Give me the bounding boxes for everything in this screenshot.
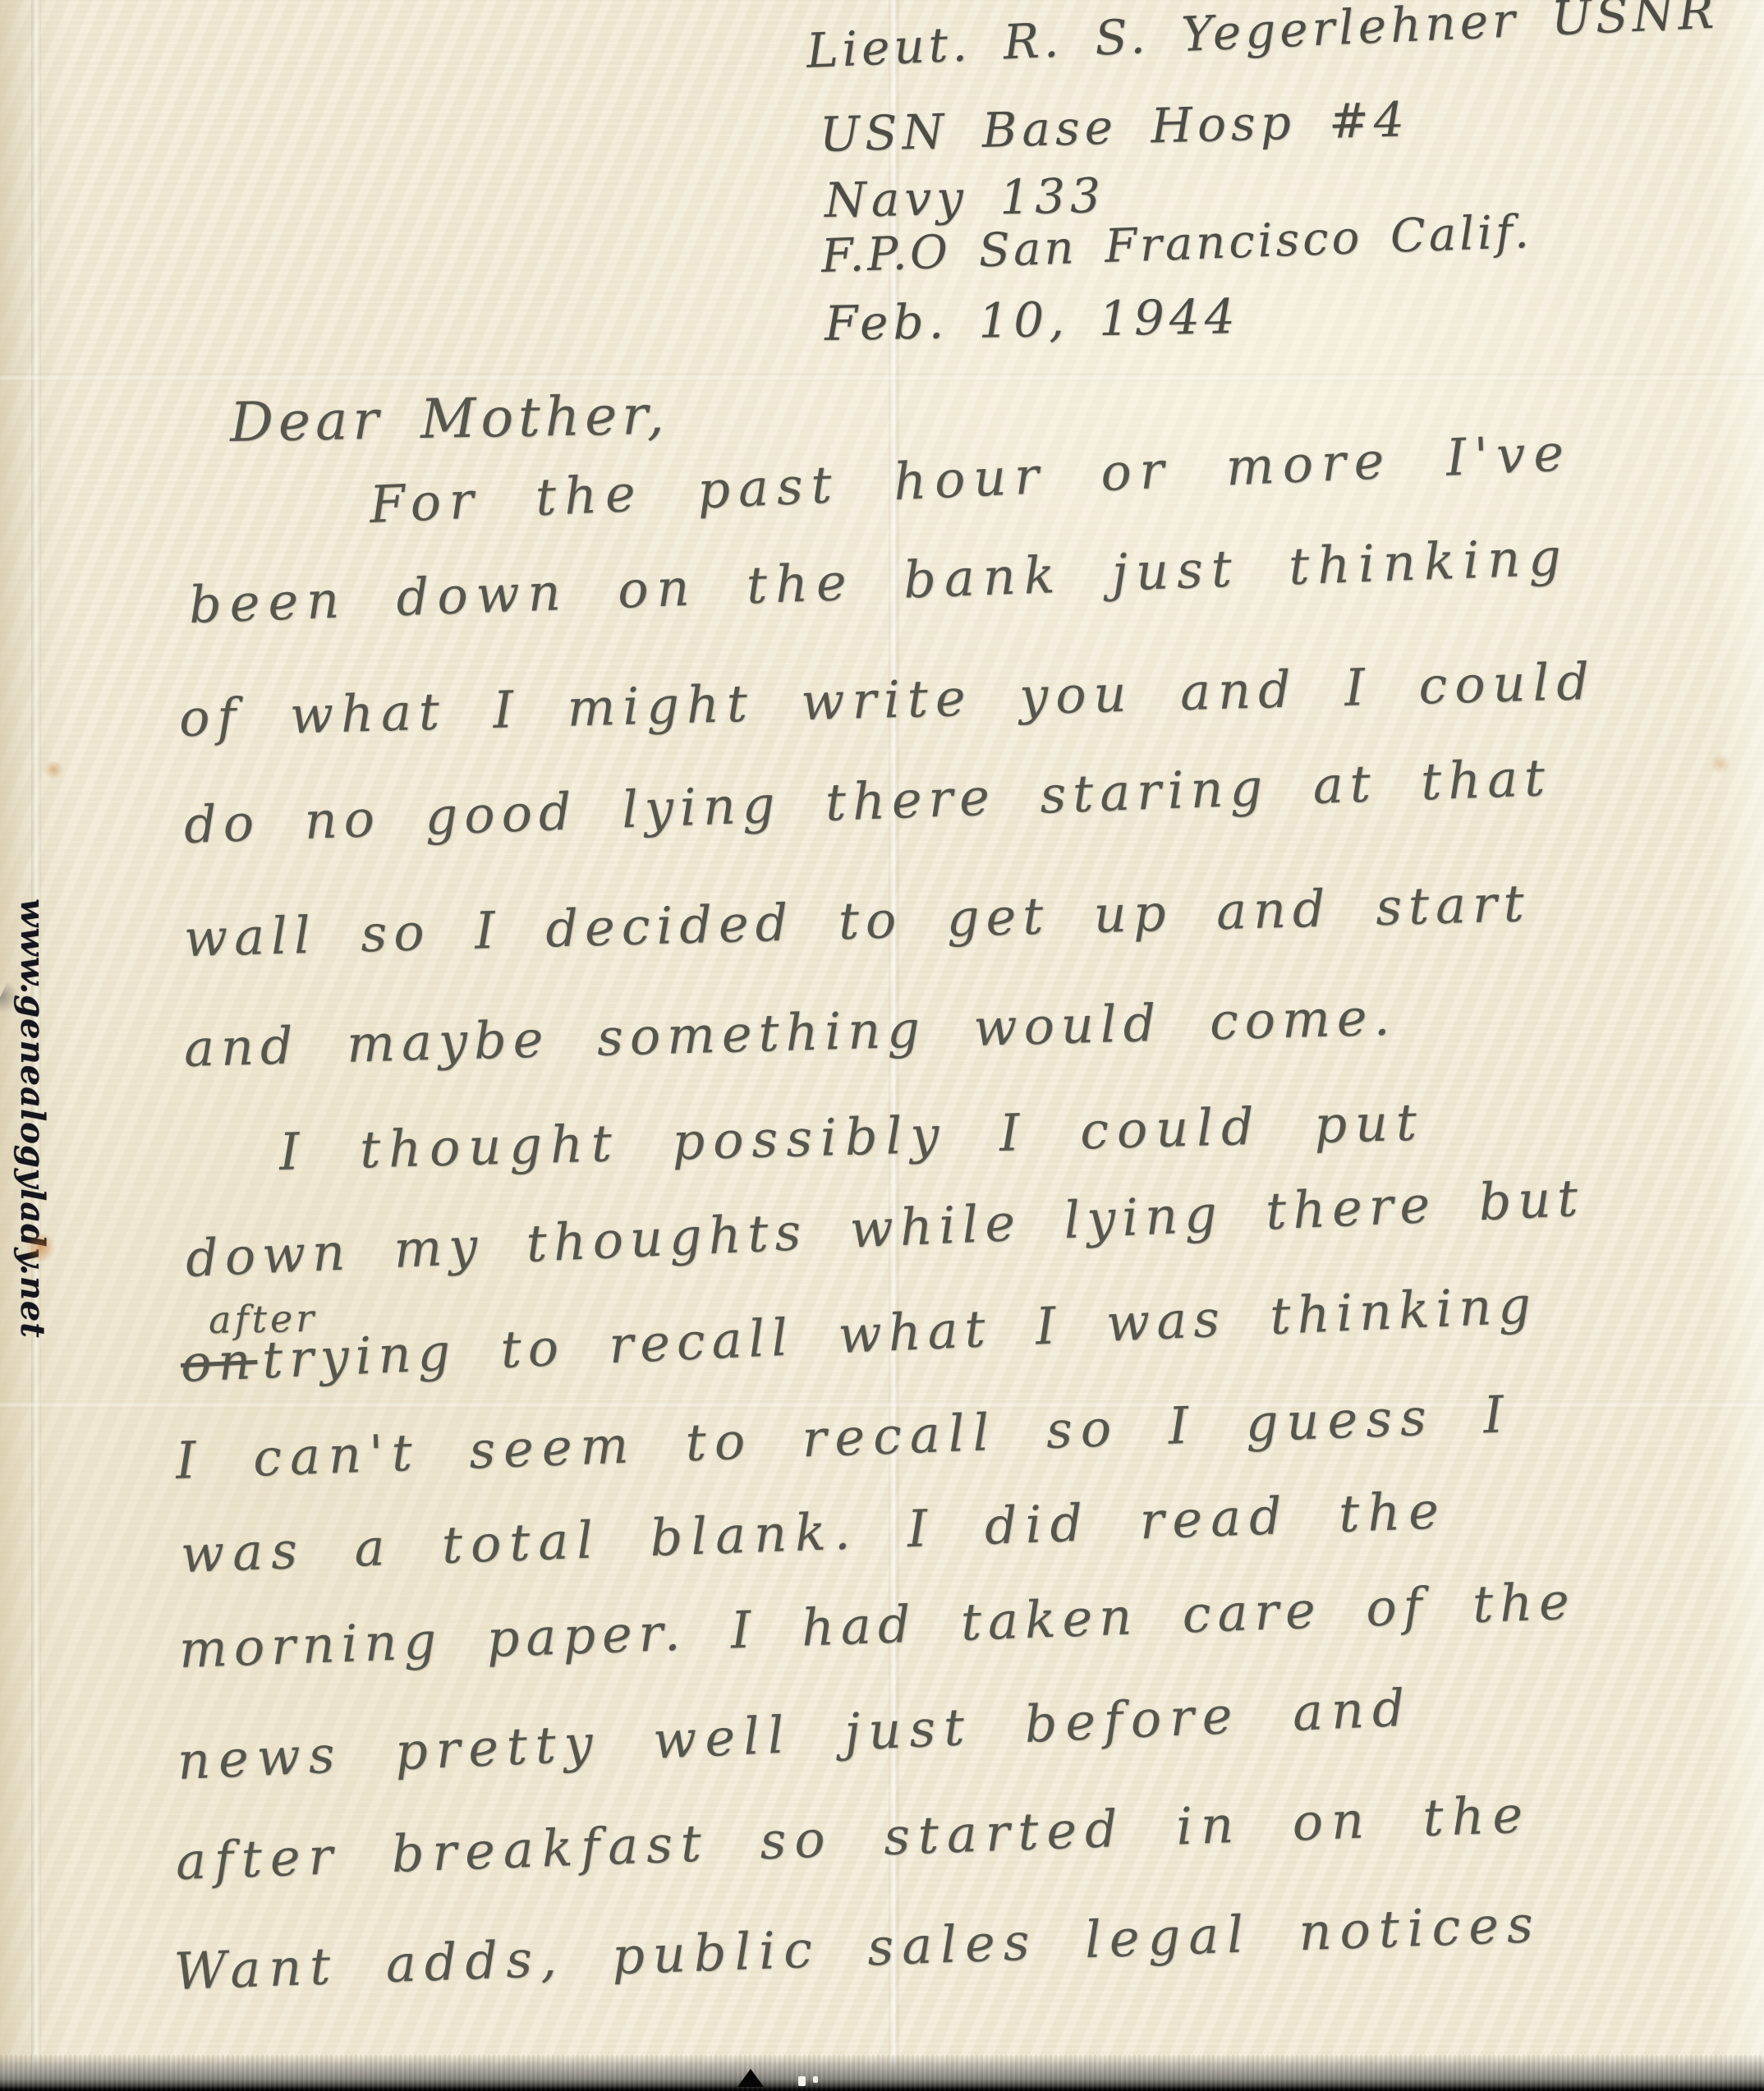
handwritten-line: Want adds, public sales legal notices xyxy=(173,1894,1542,2001)
watermark-text: www.genealogylady.net xyxy=(13,898,52,1339)
handwritten-line: down my thoughts while lying there but xyxy=(184,1168,1585,1289)
handwritten-line: been down on the bank just thinking xyxy=(188,526,1570,635)
handwritten-line: was a total blank. I did read the xyxy=(180,1480,1448,1584)
foxing-spot xyxy=(1710,754,1731,774)
header-line: Navy 133 xyxy=(824,168,1105,228)
handwritten-line: ontrying to recall what I was thinking xyxy=(179,1275,1538,1394)
header-line: USN Base Hosp #4 xyxy=(819,91,1409,163)
scanner-edge-strip xyxy=(0,2055,1764,2091)
handwritten-line: and maybe something would come. xyxy=(183,986,1397,1078)
scanner-mark-triangle-icon xyxy=(737,2069,764,2087)
scanner-mark-dot xyxy=(798,2076,806,2086)
letter-page: www.genealogylady.net Lieut. R. S. Yeger… xyxy=(0,0,1764,2091)
struck-out-word: on xyxy=(179,1330,258,1394)
handwritten-line: wall so I decided to get up and start xyxy=(183,873,1531,968)
handwritten-line: Dear Mother, xyxy=(229,384,669,454)
handwritten-line: do no good lying there staring at that xyxy=(183,747,1552,855)
handwritten-line: after breakfast so started in on the xyxy=(175,1784,1532,1891)
handwritten-line: morning paper. I had taken care of the xyxy=(178,1571,1577,1680)
foxing-spot xyxy=(43,761,64,779)
handwritten-line: I thought possibly I could put xyxy=(278,1091,1426,1181)
header-line: Lieut. R. S. Yegerlehner USNR xyxy=(806,0,1720,79)
fold-crease-horizontal-upper xyxy=(0,374,1764,382)
handwritten-line: news pretty well just before and xyxy=(176,1677,1414,1791)
header-line: Feb. 10, 1944 xyxy=(824,288,1240,352)
handwritten-line: of what I might write you and I could xyxy=(178,651,1597,748)
scanner-mark-dot xyxy=(813,2076,818,2083)
handwritten-line: I can't seem to recall so I guess I xyxy=(175,1384,1513,1491)
